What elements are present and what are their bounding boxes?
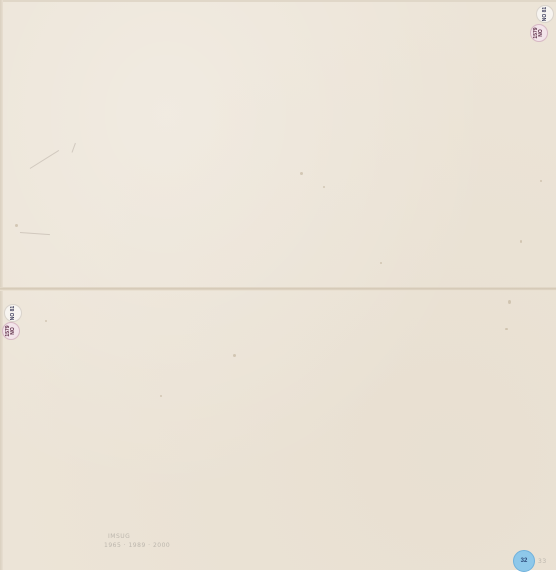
speck (15, 224, 18, 227)
pencil-note: 1965 · 1989 · 2000 (104, 542, 170, 549)
inventory-stamp: 1579 NO (530, 24, 548, 42)
paper-sheet: NO 81 1579 NO NO 81 1579 NO 32 IMSUG 196… (0, 0, 556, 570)
scratch-mark (20, 232, 50, 235)
speck (233, 354, 236, 357)
stamp-text: 32 (521, 559, 528, 564)
pencil-note: 33 (538, 558, 547, 565)
speck (45, 320, 47, 322)
collection-stamp: NO 81 (4, 304, 22, 322)
speck (160, 395, 162, 397)
speck (540, 180, 542, 182)
speck (520, 240, 522, 243)
paper-top-edge (0, 0, 556, 2)
stamp-text: 1579 NO (534, 25, 544, 41)
fold-line (0, 287, 556, 291)
paper-left-edge (0, 0, 3, 570)
stamp-text: NO 81 (543, 7, 548, 21)
speck (323, 186, 325, 188)
pencil-note: IMSUG (108, 533, 130, 540)
inventory-stamp: 1579 NO (2, 322, 20, 340)
number-stamp: 32 (513, 550, 535, 570)
scratch-mark (30, 150, 59, 169)
speck (380, 262, 382, 264)
speck (505, 328, 508, 330)
stamp-text: 1579 NO (6, 323, 16, 339)
scratch-mark (72, 143, 76, 153)
speck (508, 300, 511, 304)
stamp-text: NO 81 (11, 306, 16, 320)
speck (300, 172, 303, 175)
collection-stamp: NO 81 (536, 5, 554, 23)
